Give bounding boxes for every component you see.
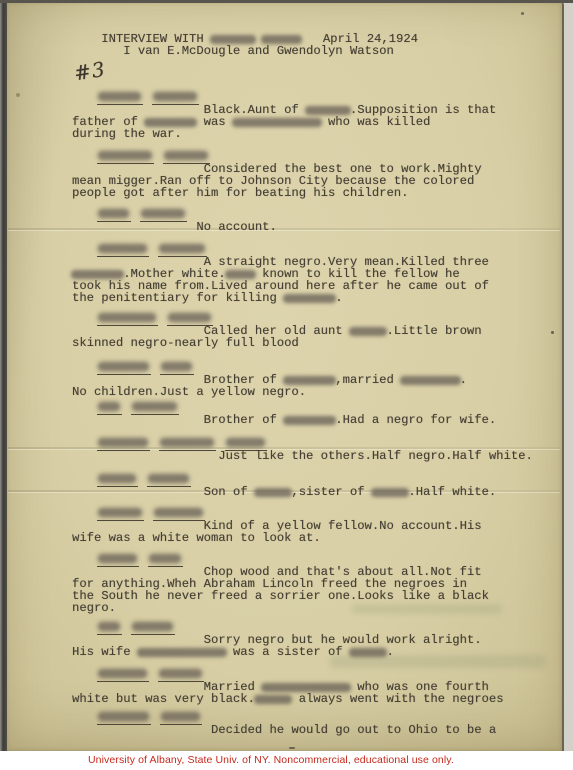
redacted-text	[350, 649, 387, 656]
text-run: was a sister of	[226, 645, 350, 659]
redacted-name-underlined	[97, 362, 151, 375]
redacted-name-blur	[169, 314, 210, 321]
text-run: .Had a negro for wife.	[335, 413, 496, 427]
redacted-name-blur	[99, 314, 155, 321]
redacted-name-blur	[160, 670, 201, 677]
redacted-name-blur	[99, 403, 119, 410]
redacted-name-blur	[99, 245, 146, 252]
redacted-text	[226, 271, 255, 278]
redacted-name-blur	[99, 713, 148, 720]
typewritten-content: INTERVIEW WITH April 24,1924I van E.McDo…	[0, 0, 573, 770]
redacted-name-line	[72, 209, 558, 221]
text-run: during the war.	[72, 127, 182, 141]
interview-entry: Considered the best one to work.Mightyme…	[72, 151, 558, 199]
text-run: His wife	[72, 645, 138, 659]
redacted-name-underlined	[158, 669, 204, 682]
text-run: always went with the negroes	[291, 692, 503, 706]
typewritten-line: people got after him for beating his chi…	[72, 187, 558, 199]
copyright-notice: University of Albany, State Univ. of NY.…	[88, 753, 454, 767]
redacted-name-underlined	[131, 402, 178, 415]
redacted-name-underlined	[97, 92, 143, 105]
typewritten-line: the penitentiary for killing .	[72, 292, 558, 304]
interview-entry: No account.	[72, 209, 558, 233]
redacted-name-blur	[161, 439, 214, 446]
text-run: skinned negro-nearly full blood	[72, 336, 299, 350]
redacted-text	[284, 295, 335, 302]
redacted-text	[138, 649, 226, 656]
redacted-text	[262, 684, 350, 691]
interview-entry: Just like the others.Half negro.Half whi…	[72, 438, 558, 462]
redacted-name-blur	[142, 210, 184, 217]
redacted-name-underlined	[160, 362, 194, 375]
redacted-name-underlined	[152, 92, 199, 105]
redacted-text	[255, 489, 292, 496]
text-run: No account.	[196, 220, 276, 234]
interview-entry: Married who was one fourthwhite but was …	[72, 669, 558, 705]
redacted-name-underlined	[97, 508, 144, 521]
redacted-name-underlined	[163, 151, 210, 164]
redacted-name-blur	[99, 93, 140, 100]
text-run: the South he never freed a sorrier one.L…	[72, 589, 489, 603]
redacted-text	[306, 107, 350, 114]
redacted-name-underlined	[97, 622, 122, 635]
interview-entries: Black.Aunt of .Supposition is thatfather…	[0, 0, 573, 770]
redacted-name-underlined	[140, 209, 187, 222]
text-run: Decided he would go out to Ohio to be a	[211, 723, 496, 737]
redacted-name-underlined	[153, 508, 205, 521]
text-run: Just like the others.Half negro.Half whi…	[218, 449, 533, 463]
redacted-text	[72, 271, 123, 278]
interview-entry: Son of ,sister of .Half white.	[72, 474, 558, 498]
text-run: negro.	[72, 601, 116, 615]
text-run: was	[196, 115, 233, 129]
text-run: No children.Just a yellow negro.	[72, 385, 306, 399]
redacted-name-underlined	[160, 712, 202, 725]
interview-entry: A straight negro.Very mean.Killed three.…	[72, 244, 558, 304]
redacted-name-underlined	[148, 554, 184, 567]
redacted-name-underlined	[97, 554, 139, 567]
redacted-name-blur	[165, 152, 207, 159]
typewritten-line: Son of ,sister of .Half white.	[72, 486, 558, 498]
typewritten-line: His wife was a sister of .	[72, 646, 558, 658]
redacted-text	[284, 417, 335, 424]
redacted-name-blur	[99, 670, 146, 677]
interview-entry: Sorry negro but he would work alright.Hi…	[72, 622, 558, 658]
redacted-name-underlined	[97, 313, 158, 326]
redacted-name-blur	[99, 152, 151, 159]
redacted-name-blur	[99, 509, 141, 516]
interview-entry: Called her old aunt .Little brownskinned…	[72, 313, 558, 349]
handwritten-page-number: #3	[72, 57, 107, 86]
footer-band: University of Albany, State Univ. of NY.…	[0, 751, 573, 770]
redacted-name-blur	[99, 623, 119, 630]
redacted-name-underlined	[97, 209, 131, 222]
redacted-text	[233, 119, 321, 126]
redacted-text	[284, 377, 335, 384]
typewritten-line: white but was very black. always went wi…	[72, 693, 558, 705]
interview-entry: Brother of ,married .No children.Just a …	[72, 362, 558, 398]
document-scan: #3 INTERVIEW WITH April 24,1924I van E.M…	[0, 0, 573, 770]
interview-entry: Brother of .Had a negro for wife.	[72, 402, 558, 426]
text-run: wife was a white woman to look at.	[72, 531, 321, 545]
redacted-text	[350, 328, 387, 335]
redacted-name-underlined	[147, 474, 191, 487]
text-run: Brother of	[204, 413, 284, 427]
interview-entry: Decided he would go out to Ohio to be a	[72, 712, 558, 736]
redacted-name-underlined	[158, 244, 208, 257]
typewritten-line: skinned negro-nearly full blood	[72, 337, 558, 349]
text-run: .	[460, 373, 467, 387]
redacted-name-blur	[133, 623, 172, 630]
redacted-name-underlined	[97, 402, 122, 415]
redacted-name-blur	[149, 475, 188, 482]
typewritten-line: wife was a white woman to look at.	[72, 532, 558, 544]
redacted-name-underlined	[159, 438, 217, 451]
redacted-name-blur	[154, 93, 196, 100]
typewritten-line: during the war.	[72, 128, 558, 140]
redacted-text	[145, 119, 196, 126]
redacted-name-blur	[160, 245, 205, 252]
redacted-name-blur	[99, 439, 147, 446]
typewritten-line: Just like the others.Half negro.Half whi…	[72, 450, 558, 462]
redacted-name-underlined	[97, 712, 151, 725]
typewritten-line: No children.Just a yellow negro.	[72, 386, 558, 398]
interview-entry: Black.Aunt of .Supposition is thatfather…	[72, 92, 558, 140]
redacted-name-blur	[227, 439, 264, 446]
redacted-name-blur	[162, 363, 191, 370]
typewritten-line: No account.	[72, 221, 558, 233]
text-run: ,married	[335, 373, 401, 387]
redacted-name-blur	[155, 509, 202, 516]
redacted-text	[372, 489, 409, 496]
typewritten-line: Decided he would go out to Ohio to be a	[72, 724, 558, 736]
text-run: white but was very black.	[72, 692, 255, 706]
redacted-name-blur	[99, 555, 136, 562]
typewritten-line: the South he never freed a sorrier one.L…	[72, 590, 558, 602]
redacted-name-blur	[99, 363, 148, 370]
redacted-name-blur	[99, 210, 128, 217]
redacted-name-underlined	[97, 244, 149, 257]
text-run: who was killed	[321, 115, 431, 129]
redacted-name-underlined	[131, 622, 175, 635]
interview-entry: Chop wood and that's about all.Not fitfo…	[72, 554, 558, 614]
redacted-name-line	[72, 362, 558, 374]
typewritten-line: negro.	[72, 602, 558, 614]
redacted-name-blur	[162, 713, 199, 720]
redacted-name-underlined	[97, 474, 138, 487]
text-run: Son of	[204, 485, 255, 499]
text-run: .	[335, 291, 342, 305]
redacted-name-blur	[150, 555, 181, 562]
text-run: the penitentiary for killing	[72, 291, 284, 305]
redacted-text	[255, 696, 292, 703]
typewritten-line: Brother of .Had a negro for wife.	[72, 414, 558, 426]
interview-entry: Kind of a yellow fellow.No account.Hiswi…	[72, 508, 558, 544]
redacted-name-blur	[133, 403, 175, 410]
redacted-name-underlined	[97, 669, 149, 682]
text-run: .Half white.	[408, 485, 496, 499]
text-run: ,sister of	[291, 485, 371, 499]
text-run: .Little brown	[386, 324, 481, 338]
redacted-text	[401, 377, 460, 384]
redacted-name-blur	[99, 475, 135, 482]
redacted-name-underlined	[97, 151, 154, 164]
redacted-name-underlined	[97, 438, 150, 451]
text-run: .	[386, 645, 393, 659]
text-run: people got after him for beating his chi…	[72, 186, 408, 200]
